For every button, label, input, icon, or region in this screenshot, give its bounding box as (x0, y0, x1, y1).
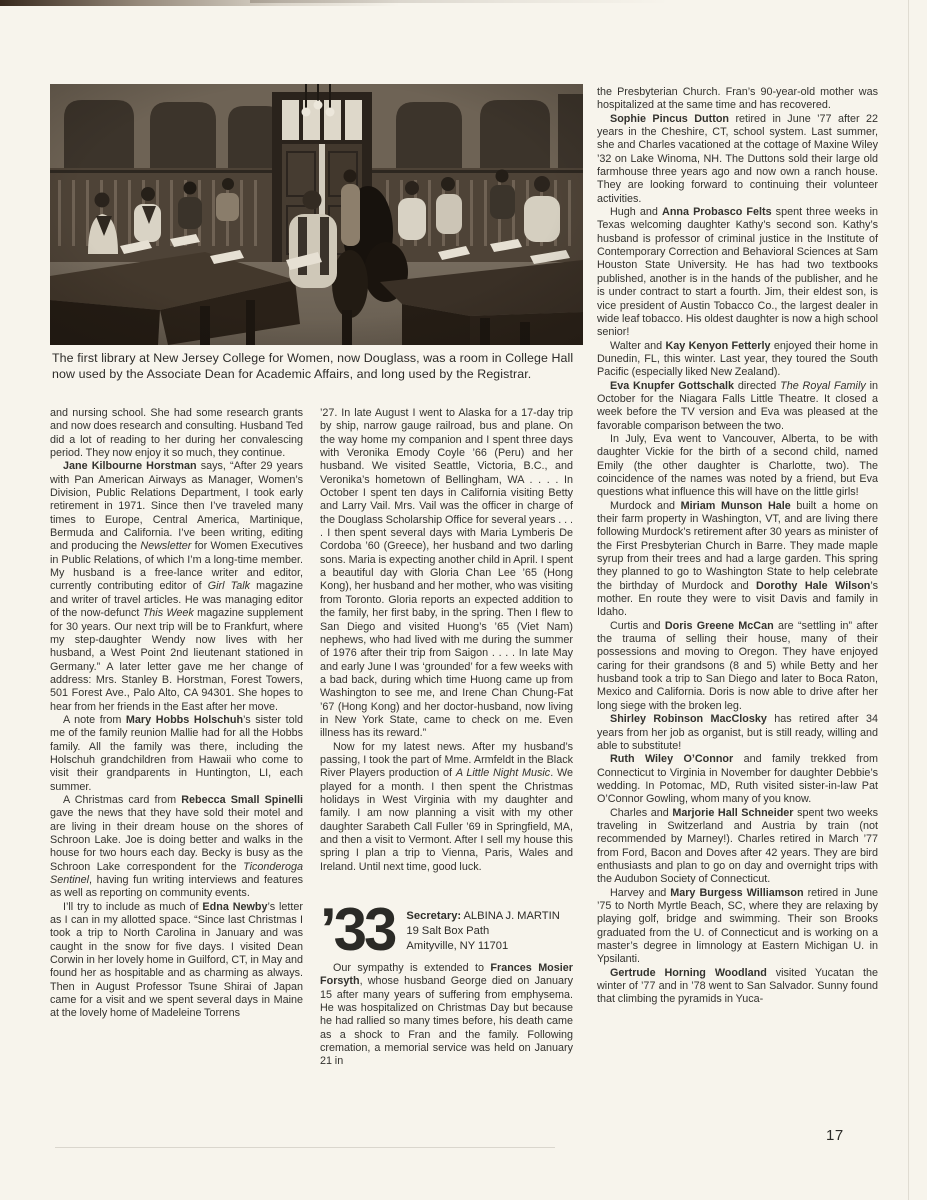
library-photo (50, 84, 583, 345)
text-run: A Christmas card from (63, 794, 181, 806)
paragraph: Hugh and Anna Probasco Felts spent three… (597, 206, 878, 339)
text-run: built a home on their farm property in W… (597, 500, 878, 592)
text-run: Anna Probasco Felts (662, 206, 772, 218)
text-run: Walter and (610, 340, 665, 352)
paragraph: Our sympathy is extended to Frances Mosi… (320, 962, 573, 1069)
column-left: and nursing school. She had some researc… (50, 407, 303, 1021)
secretary-address-line: Amityville, NY 11701 (406, 939, 559, 954)
paragraph: and nursing school. She had some researc… (50, 407, 303, 460)
text-run: Girl Talk (208, 580, 250, 592)
paragraph: Walter and Kay Kenyon Fetterly enjoyed t… (597, 340, 878, 380)
page-number: 17 (826, 1127, 844, 1144)
text-run: retired in June ’77 after 22 years in th… (597, 113, 878, 205)
paragraph: Gertrude Horning Woodland visited Yucata… (597, 967, 878, 1007)
text-run: . We played for a month. I then spent th… (320, 767, 573, 872)
paragraph: Harvey and Mary Burgess Williamson retir… (597, 887, 878, 967)
paragraph: I’ll try to include as much of Edna Newb… (50, 901, 303, 1021)
text-run: Edna Newby (202, 901, 267, 913)
text-run: Newsletter (140, 540, 191, 552)
secretary-line: Secretary: ALBINA J. MARTIN (406, 909, 559, 924)
paragraph: Charles and Marjorie Hall Schneider spen… (597, 807, 878, 887)
paragraph: Shirley Robinson MacClosky has retired a… (597, 713, 878, 753)
text-run: Gertrude Horning Woodland (610, 967, 767, 979)
paragraph: Now for my latest news. After my husband… (320, 741, 573, 874)
photo-vignette (50, 84, 583, 345)
class-section-header: ’33Secretary: ALBINA J. MARTIN19 Salt Bo… (320, 904, 573, 956)
text-run: Sophie Pincus Dutton (610, 113, 729, 125)
text-run: ’27. In late August I went to Alaska for… (320, 407, 573, 739)
text-run: and nursing school. She had some researc… (50, 407, 303, 459)
text-run: In July, Eva went to Vancouver, Alberta,… (597, 433, 878, 498)
text-run: magazine supplement for 30 years. Our ne… (50, 607, 303, 712)
magazine-page: The first library at New Jersey College … (0, 0, 927, 1200)
text-run: Mary Burgess Williamson (670, 887, 803, 899)
text-run: Dorothy Hale Wilson (756, 580, 870, 592)
paragraph: Murdock and Miriam Munson Hale built a h… (597, 500, 878, 620)
text-run: are “settling in” after the trauma of se… (597, 620, 878, 712)
text-run: Jane Kilbourne Horstman (63, 460, 197, 472)
text-run: Miriam Munson Hale (681, 500, 791, 512)
text-run: ’s letter as I can in my allotted space.… (50, 901, 303, 1020)
secretary-name: ALBINA J. MARTIN (461, 910, 560, 922)
paragraph: Eva Knupfer Gottschalk directed The Roya… (597, 380, 878, 433)
text-run: A Little Night Music (456, 767, 550, 779)
paragraph: A Christmas card from Rebecca Small Spin… (50, 794, 303, 901)
text-run: Marjorie Hall Schneider (672, 807, 793, 819)
paragraph: In July, Eva went to Vancouver, Alberta,… (597, 433, 878, 500)
text-run: I’ll try to include as much of (63, 901, 202, 913)
paragraph: Jane Kilbourne Horstman says, “After 29 … (50, 460, 303, 714)
class-secretary-block: Secretary: ALBINA J. MARTIN19 Salt Box P… (406, 904, 559, 954)
paragraph: A note from Mary Hobbs Holschuh’s sister… (50, 714, 303, 794)
class-year-label: ’33 (320, 904, 394, 956)
paragraph: the Presbyterian Church. Fran’s 90-year-… (597, 86, 878, 113)
text-run: says, “After 29 years with Pan American … (50, 460, 303, 552)
text-run: Harvey and (610, 887, 670, 899)
secretary-address-line: 19 Salt Box Path (406, 924, 559, 939)
paragraph: ’27. In late August I went to Alaska for… (320, 407, 573, 741)
text-run: Shirley Robinson MacClosky (610, 713, 767, 725)
text-run: Doris Greene McCan (665, 620, 774, 632)
text-run: directed (734, 380, 780, 392)
text-run: the Presbyterian Church. Fran’s 90-year-… (597, 86, 878, 111)
column-right: the Presbyterian Church. Fran’s 90-year-… (597, 86, 878, 1007)
paragraph: Sophie Pincus Dutton retired in June ’77… (597, 113, 878, 206)
text-run: A note from (63, 714, 126, 726)
text-run: The Royal Family (780, 380, 866, 392)
text-run: Hugh and (610, 206, 662, 218)
text-run: This Week (143, 607, 194, 619)
text-run: spent three weeks in Texas welcoming dau… (597, 206, 878, 338)
scan-artifact-bottom-line (55, 1147, 555, 1148)
column-middle: ’27. In late August I went to Alaska for… (320, 407, 573, 1069)
text-run: Rebecca Small Spinelli (181, 794, 303, 806)
photo-caption: The first library at New Jersey College … (52, 351, 576, 382)
text-run: Curtis and (610, 620, 665, 632)
text-run: , whose husband George died on January 1… (320, 975, 573, 1067)
page-edge-crease (908, 0, 909, 1200)
text-run: Ruth Wiley O’Connor (610, 753, 733, 765)
scan-artifact-top-edge-2 (250, 0, 670, 3)
text-run: Eva Knupfer Gottschalk (610, 380, 734, 392)
text-run: Charles and (610, 807, 672, 819)
paragraph: Curtis and Doris Greene McCan are “settl… (597, 620, 878, 713)
text-run: Murdock and (610, 500, 681, 512)
text-run: Mary Hobbs Holschuh (126, 714, 243, 726)
paragraph: Ruth Wiley O’Connor and family trekked f… (597, 753, 878, 806)
text-run: Kay Kenyon Fetterly (665, 340, 770, 352)
secretary-label: Secretary: (406, 910, 461, 922)
text-run: Our sympathy is extended to (333, 962, 490, 974)
